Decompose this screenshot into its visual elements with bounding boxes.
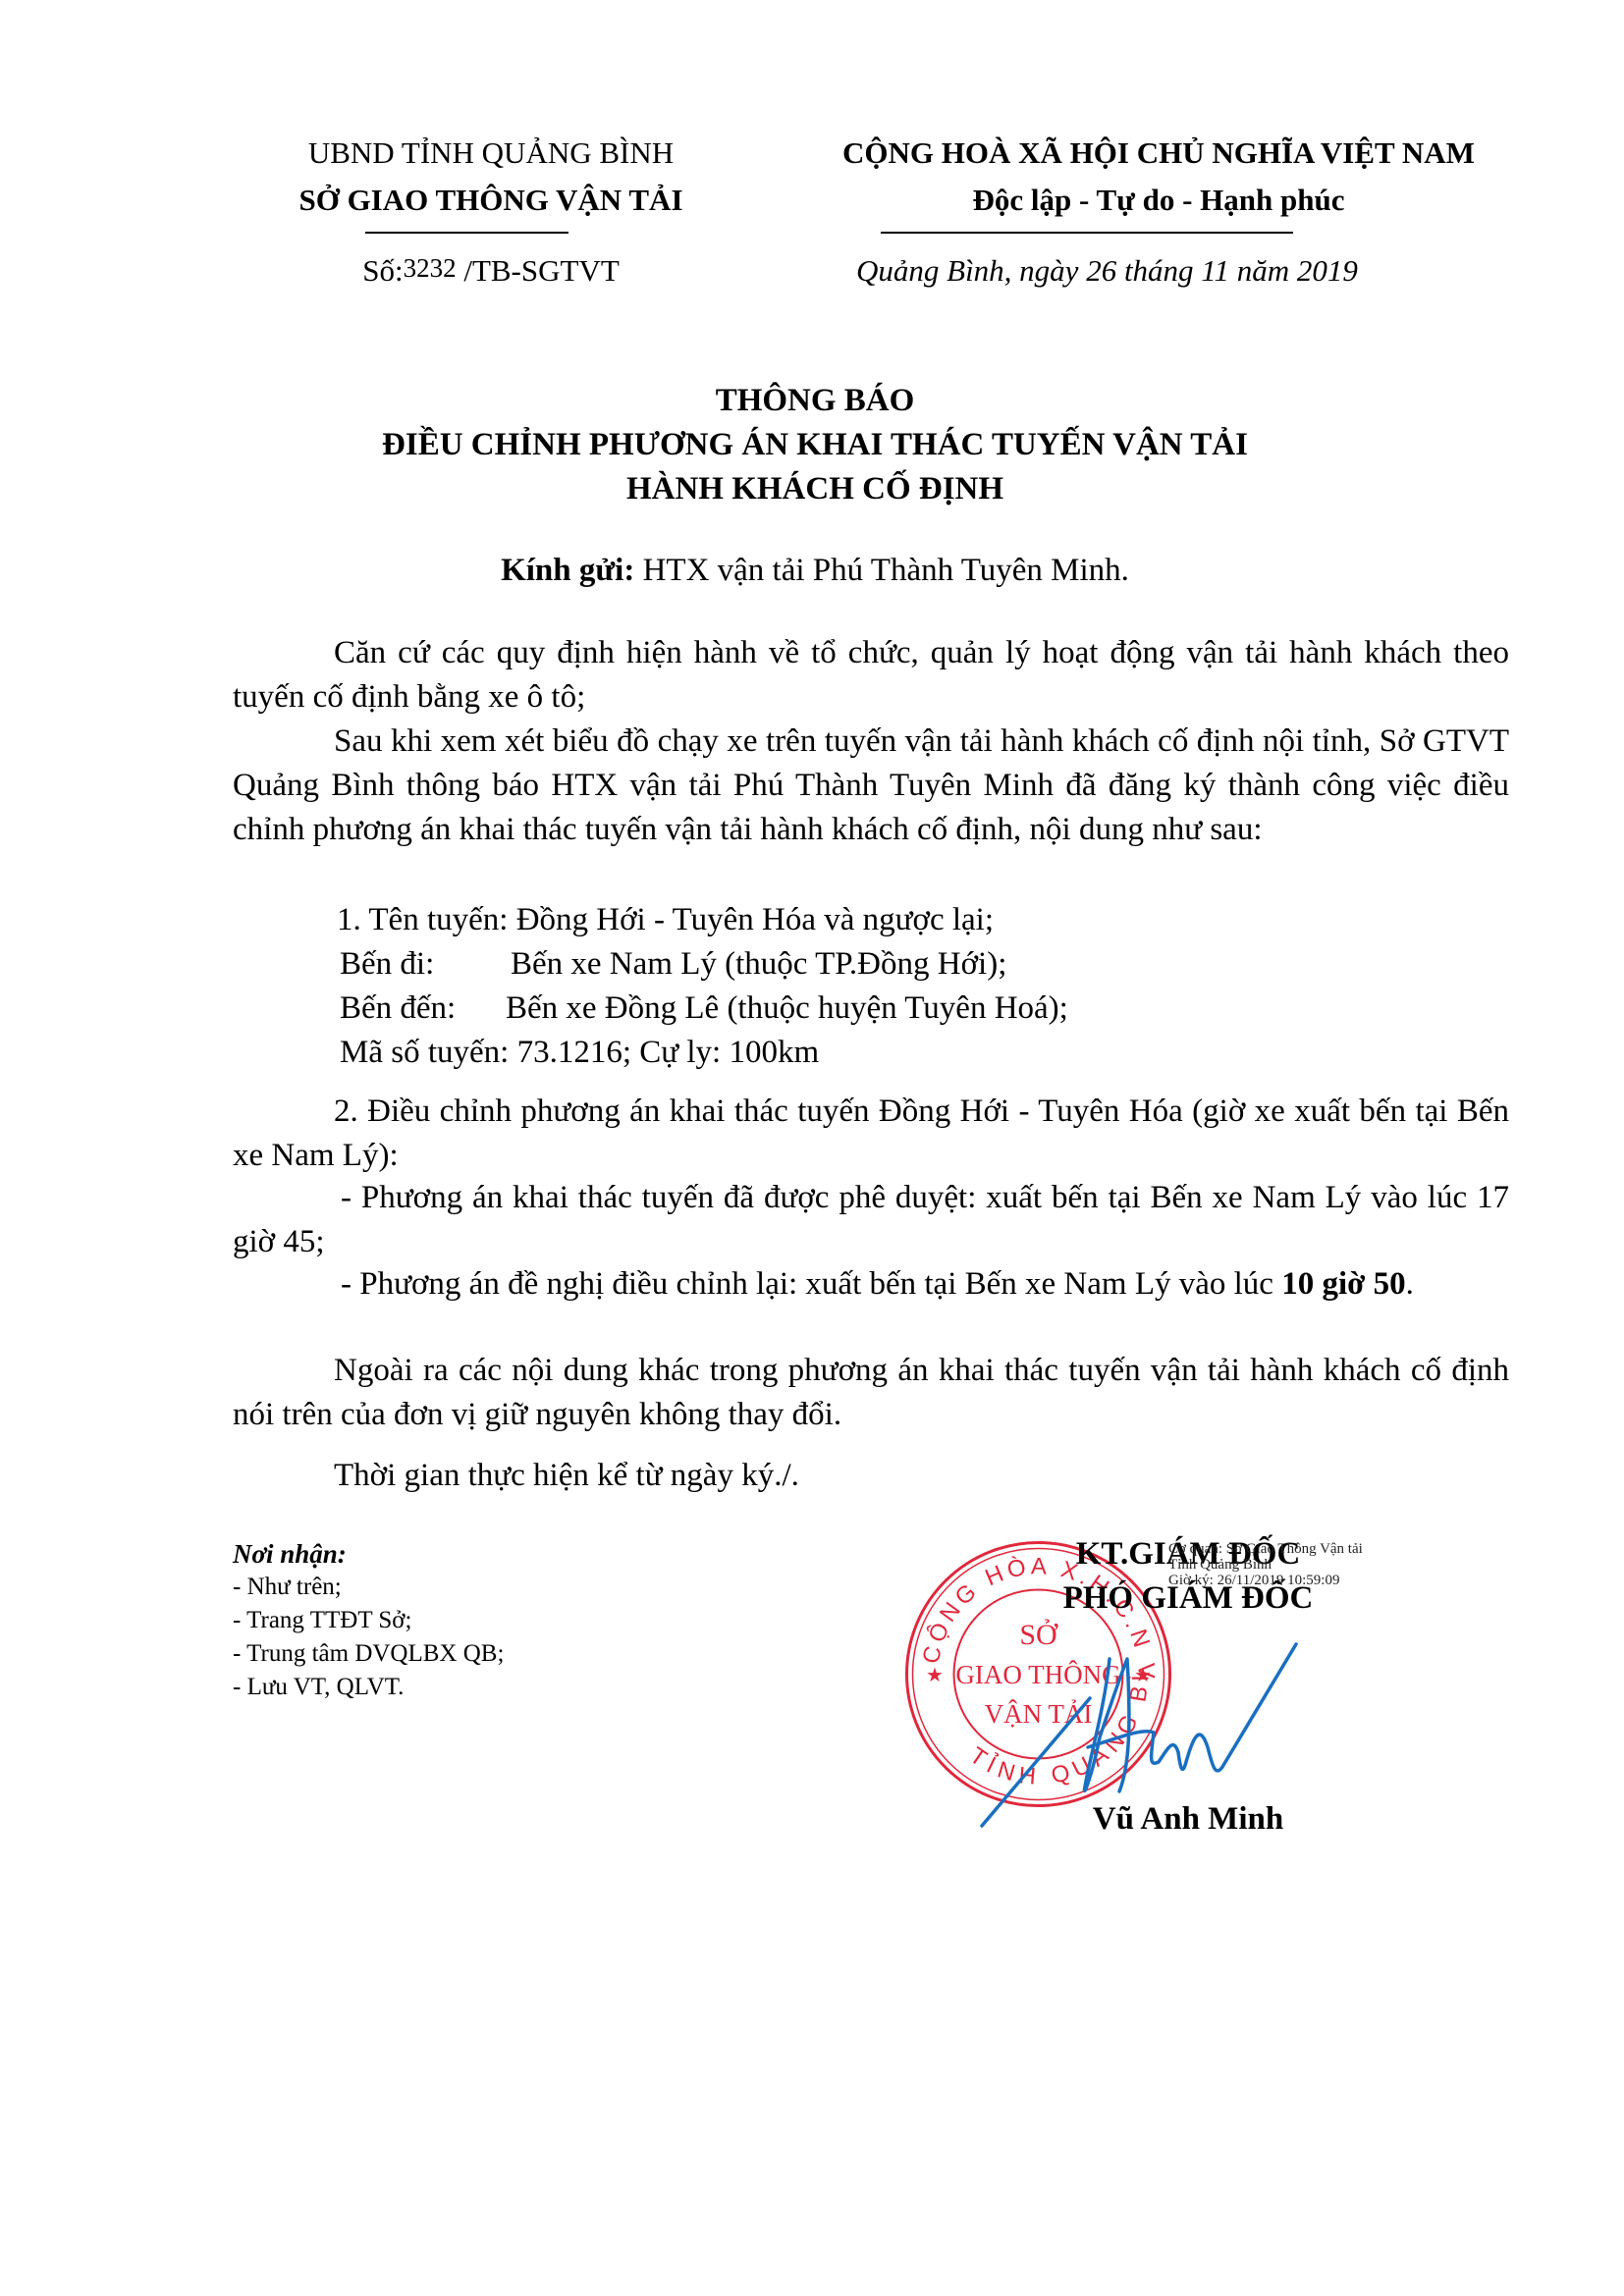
signer-name: Vũ Anh Minh bbox=[982, 1801, 1394, 1838]
agency-name: SỞ GIAO THÔNG VẬN TẢI bbox=[245, 183, 736, 218]
paragraph-review: Sau khi xem xét biểu đồ chạy xe trên tuy… bbox=[233, 720, 1509, 852]
addressee-label: Kính gửi: bbox=[501, 553, 634, 588]
recipient-item: - Trung tâm DVQLBX QB; bbox=[233, 1637, 504, 1671]
doc-number-label: Số: bbox=[362, 253, 403, 288]
arrival-value: Bến xe Đồng Lê (thuộc huyện Tuyên Hoá); bbox=[506, 990, 1068, 1027]
addressee: Kính gửi: HTX vận tải Phú Thành Tuyên Mi… bbox=[196, 553, 1434, 589]
digital-signature-province: Tỉnh Quảng Bình bbox=[1168, 1557, 1363, 1573]
motto-underline bbox=[881, 232, 1293, 234]
digital-signature-agency: Cơ quan: Sở Giao Thông Vận tải bbox=[1168, 1541, 1363, 1557]
paragraph-unchanged: Ngoài ra các nội dung khác trong phương … bbox=[233, 1349, 1509, 1437]
addressee-value: HTX vận tải Phú Thành Tuyên Minh. bbox=[634, 553, 1129, 588]
route-name: 1. Tên tuyến: Đồng Hới - Tuyên Hóa và ng… bbox=[337, 902, 994, 938]
place-date: Quảng Bình, ngày 26 tháng 11 năm 2019 bbox=[856, 253, 1358, 289]
agency-underline bbox=[365, 232, 568, 234]
arrival-label: Bến đến: bbox=[340, 990, 456, 1027]
doc-subject-line1: ĐIỀU CHỈNH PHƯƠNG ÁN KHAI THÁC TUYẾN VẬN… bbox=[196, 427, 1434, 463]
agency-parent: UBND TỈNH QUẢNG BÌNH bbox=[245, 135, 736, 171]
effective-date: Thời gian thực hiện kể từ ngày ký./. bbox=[334, 1458, 799, 1494]
recipient-item: - Trang TTĐT Sở; bbox=[233, 1604, 504, 1637]
approved-plan: - Phương án khai thác tuyến đã được phê … bbox=[233, 1176, 1509, 1264]
recipient-item: - Như trên; bbox=[233, 1571, 504, 1604]
recipient-item: - Lưu VT, QLVT. bbox=[233, 1671, 504, 1704]
proposed-time: 10 giờ 50 bbox=[1281, 1266, 1405, 1302]
doc-number: Số:3232 /TB-SGTVT bbox=[245, 253, 736, 289]
doc-number-value: 3232 bbox=[404, 253, 457, 283]
recipients-block: Nơi nhận: - Như trên; - Trang TTĐT Sở; -… bbox=[233, 1537, 504, 1704]
paragraph-legal-basis: Căn cứ các quy định hiện hành về tổ chức… bbox=[233, 631, 1509, 720]
recipients-label: Nơi nhận: bbox=[233, 1537, 504, 1571]
route-code: Mã số tuyến: 73.1216; Cự ly: 100km bbox=[340, 1035, 819, 1071]
paragraph-adjustment: 2. Điều chỉnh phương án khai thác tuyến … bbox=[233, 1090, 1509, 1178]
doc-subject-line2: HÀNH KHÁCH CỐ ĐỊNH bbox=[196, 471, 1434, 507]
departure-label: Bến đi: bbox=[340, 946, 434, 983]
proposed-plan: - Phương án đề nghị điều chỉnh lại: xuất… bbox=[233, 1262, 1509, 1307]
digital-signature-time: Giờ ký: 26/11/2019 10:59:09 bbox=[1168, 1573, 1363, 1588]
svg-text:★: ★ bbox=[926, 1665, 944, 1686]
motto: Độc lập - Tự do - Hạnh phúc bbox=[776, 183, 1542, 218]
doc-number-suffix: /TB-SGTVT bbox=[457, 253, 620, 288]
nation-name: CỘNG HOÀ XÃ HỘI CHỦ NGHĨA VIỆT NAM bbox=[776, 135, 1542, 171]
departure-value: Bến xe Nam Lý (thuộc TP.Đồng Hới); bbox=[511, 946, 1006, 983]
digital-signature-info: Cơ quan: Sở Giao Thông Vận tải Tỉnh Quản… bbox=[1168, 1541, 1363, 1588]
proposed-plan-text: - Phương án đề nghị điều chỉnh lại: xuất… bbox=[341, 1266, 1281, 1302]
doc-type-title: THÔNG BÁO bbox=[196, 383, 1434, 419]
proposed-suffix: . bbox=[1406, 1266, 1414, 1302]
